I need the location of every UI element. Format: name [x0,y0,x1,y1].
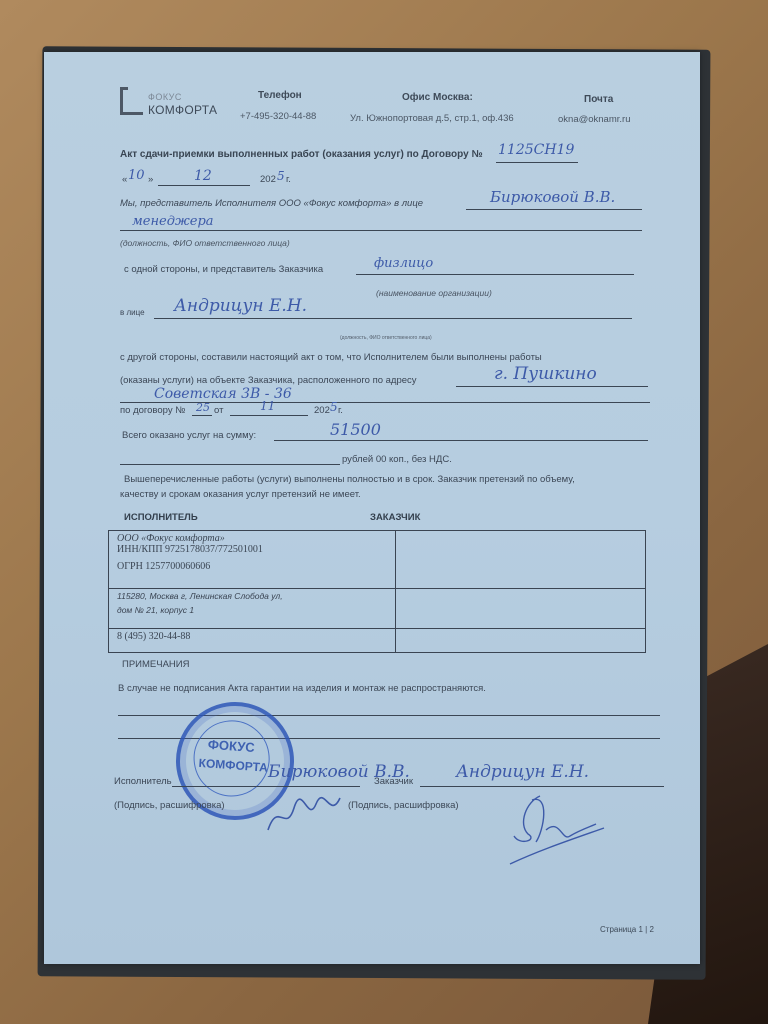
total-label: Всего оказано услуг на сумму: [122,430,256,441]
address-city-handwritten: г. Пушкино [494,364,597,384]
executor-requisites-cell: ООО «Фокус комфорта» ИНН/КПП 9725178037/… [109,531,396,589]
notes-heading: ПРИМЕЧАНИЯ [122,659,189,670]
address-text: (оказаны услуги) на объекте Заказчика, р… [120,375,417,386]
date-day-handwritten: 10 [128,168,145,183]
table-row: 8 (495) 320-44-88 [109,629,646,653]
contract-ref-year-prefix: 202 [314,405,330,416]
executor-ogrn: ОГРН 1257700060606 [117,561,387,572]
customer-address-cell [396,589,646,629]
contract-ref-no-handwritten: 25 [196,401,210,414]
phone-value: +7-495-320-44-88 [240,111,316,122]
works-text: с другой стороны, составили настоящий ак… [120,352,542,363]
customer-signature-label: Заказчик [374,776,413,787]
requisites-table: ООО «Фокус комфорта» ИНН/КПП 9725178037/… [108,530,646,653]
mail-label: Почта [584,94,613,105]
total-amount-line [274,440,648,441]
statement-line-1: Вышеперечисленные работы (услуги) выполн… [124,474,575,485]
stamp-text-top: ФОКУС [207,737,255,755]
act-title: Акт сдачи-приемки выполненных работ (ока… [120,149,483,160]
customer-intro-text: с одной стороны, и представитель Заказчи… [124,264,323,275]
contract-ref-date-line [230,415,308,416]
act-document-page: ФОКУС КОМФОРТА Телефон +7-495-320-44-88 … [44,52,700,964]
date-month-handwritten: 12 [194,168,212,184]
executor-company-name: ООО «Фокус комфорта» [117,533,387,544]
customer-requisites-cell [396,531,646,589]
contract-number-line [496,162,578,163]
contract-ref-year-suffix: г. [338,405,343,416]
table-row: 115280, Москва г, Ленинская Слобода ул, … [109,589,646,629]
contract-ref-no-line [192,415,212,416]
customer-person-handwritten: Андрицун Е.Н. [174,296,307,316]
customer-org-line [356,274,634,275]
page-number: Страница 1 | 2 [600,925,654,934]
contract-ref-date-handwritten: 11 [260,399,275,413]
executor-address-cell: 115280, Москва г, Ленинская Слобода ул, … [109,589,396,629]
address-line-1 [456,386,648,387]
executor-position-line [120,230,642,231]
customer-heading: ЗАКАЗЧИК [370,512,420,523]
phone-label: Телефон [258,90,302,101]
executor-signature-line [172,786,360,787]
logo-text-bottom: КОМФОРТА [148,103,217,117]
in-person-label: в лице [120,308,145,317]
customer-signature-line [420,786,664,787]
date-year-handwritten: 5 [277,169,285,183]
executor-person-handwritten: Бирюковой В.В. [490,188,615,206]
company-logo-icon [120,90,143,115]
customer-signature-caption: (Подпись, расшифровка) [348,800,459,811]
executor-signature-scribble-icon [264,790,344,840]
contract-ref-year-handwritten: 5 [330,400,338,414]
customer-signature-name-handwritten: Андрицун Е.Н. [456,762,589,782]
office-label: Офис Москва: [402,92,473,103]
person-caption: (должность, ФИО ответственного лица) [340,335,432,341]
executor-person-line [466,209,642,210]
customer-org-handwritten: физлицо [374,256,433,271]
date-year-prefix: 202 [260,174,276,185]
date-quote-close: » [148,174,153,185]
statement-line-2: качеству и срокам оказания услуг претенз… [120,489,361,500]
logo-text-top: ФОКУС [148,92,182,102]
notes-text: В случае не подписания Акта гарантии на … [118,683,486,694]
position-caption: (должность, ФИО ответственного лица) [120,238,290,248]
executor-signature-label: Исполнитель [114,776,172,787]
executor-signature-caption: (Подпись, расшифровка) [114,800,225,811]
total-amount-handwritten: 51500 [330,420,381,439]
contract-ref-from: от [214,405,223,416]
amount-words-line [120,464,340,465]
date-quote-open: « [122,174,127,185]
mail-value: okna@oknamr.ru [558,114,630,125]
executor-phone-cell: 8 (495) 320-44-88 [109,629,396,653]
contract-number-handwritten: 1125СН19 [498,142,574,158]
contract-ref-label: по договору № [120,405,185,416]
executor-address-line-1: 115280, Москва г, Ленинская Слобода ул, [117,591,387,601]
customer-person-line [154,318,632,319]
rubles-text: рублей 00 коп., без НДС. [342,454,452,465]
table-row: ООО «Фокус комфорта» ИНН/КПП 9725178037/… [109,531,646,589]
org-caption: (наименование организации) [376,288,492,298]
executor-heading: ИСПОЛНИТЕЛЬ [124,512,198,523]
date-year-suffix: г. [286,174,291,185]
customer-signature-scribble-icon [500,790,610,870]
customer-phone-cell [396,629,646,653]
executor-inn-kpp: ИНН/КПП 9725178037/772501001 [117,544,387,555]
date-month-line [158,185,250,186]
executor-address-line-2: дом № 21, корпус 1 [117,605,387,615]
executor-position-handwritten: менеджера [132,214,214,229]
office-address: Ул. Южнопортовая д.5, стр.1, оф.436 [350,113,514,124]
executor-intro-text: Мы, представитель Исполнителя ООО «Фокус… [120,198,423,209]
